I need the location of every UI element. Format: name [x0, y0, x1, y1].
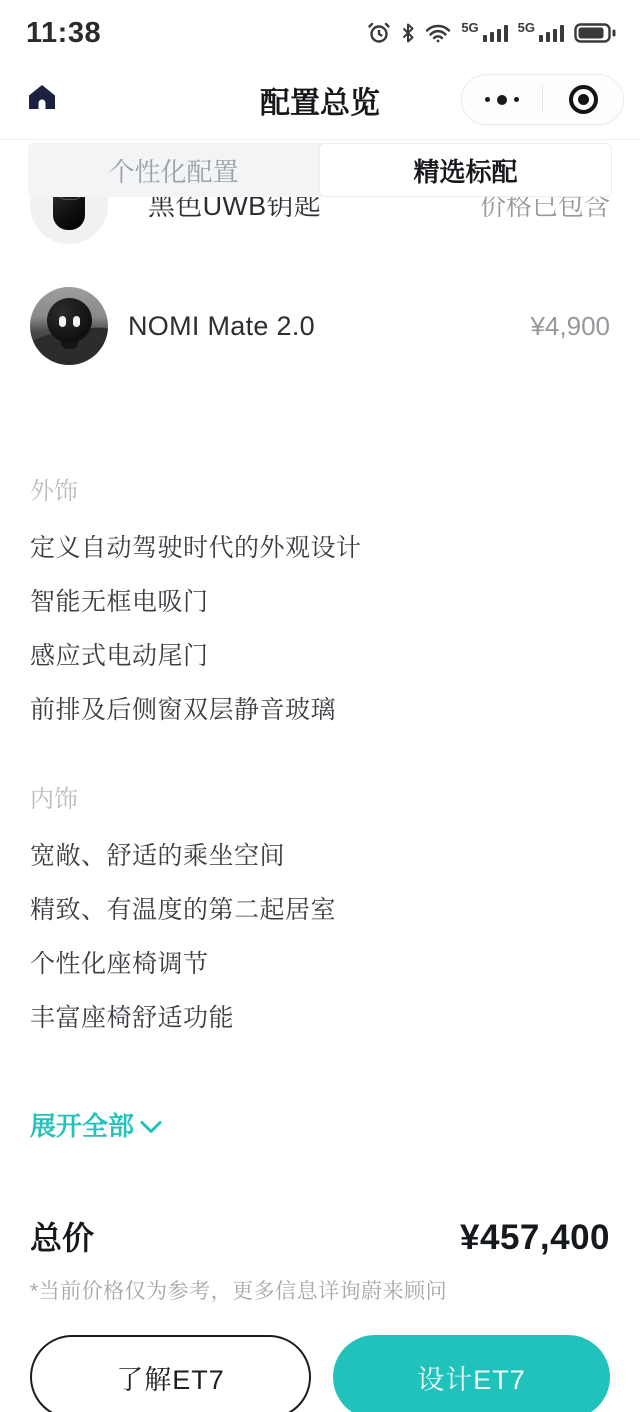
signal-5g-icon-2: 5G — [518, 25, 564, 42]
feature-item: 精致、有温度的第二起居室 — [30, 898, 610, 923]
feature-item: 丰富座椅舒适功能 — [30, 1006, 610, 1031]
option-price: 价格已包含 — [480, 197, 610, 223]
feature-item: 智能无框电吸门 — [30, 590, 610, 615]
alarm-icon — [367, 21, 391, 45]
miniprogram-capsule — [461, 74, 624, 125]
signal-5g-icon: 5G — [461, 25, 507, 42]
feature-item: 定义自动驾驶时代的外观设计 — [30, 536, 610, 561]
section-title: 外饰 — [30, 471, 610, 506]
home-icon[interactable] — [26, 81, 58, 118]
feature-item: 感应式电动尾门 — [30, 644, 610, 669]
section-interior: 内饰 宽敞、舒适的乘坐空间 精致、有温度的第二起居室 个性化座椅调节 丰富座椅舒… — [0, 779, 640, 1031]
price-disclaimer: *当前价格仅为参考，更多信息详询蔚来顾问 — [30, 1275, 610, 1305]
section-exterior: 外饰 定义自动驾驶时代的外观设计 智能无框电吸门 感应式电动尾门 前排及后侧窗双… — [0, 471, 640, 723]
config-overview-screen: 11:38 5 — [0, 0, 640, 1412]
nomi-image — [30, 287, 108, 365]
wifi-icon — [425, 23, 451, 43]
option-name: 黑色UWB钥匙 — [148, 197, 321, 223]
option-row-nomi[interactable]: NOMI Mate 2.0 ¥4,900 — [0, 287, 640, 365]
expand-all-label: 展开全部 — [30, 1106, 134, 1143]
clock-time: 11:38 — [26, 17, 101, 50]
feature-item: 前排及后侧窗双层静音玻璃 — [30, 698, 610, 723]
learn-et7-button[interactable]: 了解ET7 — [30, 1335, 311, 1412]
option-row-uwb-key[interactable]: 黑色UWB钥匙 价格已包含 — [0, 197, 640, 255]
option-name: NOMI Mate 2.0 — [128, 311, 315, 342]
capsule-close-button[interactable] — [543, 75, 623, 124]
feature-item: 个性化座椅调节 — [30, 952, 610, 977]
tab-featured-standard[interactable]: 精选标配 — [319, 143, 612, 197]
feature-item: 宽敞、舒适的乘坐空间 — [30, 844, 610, 869]
uwb-key-image — [30, 197, 108, 244]
expand-all-link[interactable]: 展开全部 — [30, 1106, 162, 1143]
more-icon — [485, 95, 519, 105]
total-price-label: 总价 — [30, 1213, 94, 1259]
total-price-value: ¥457,400 — [460, 1218, 610, 1258]
more-button[interactable] — [462, 75, 542, 124]
option-price: ¥4,900 — [530, 311, 610, 342]
chevron-down-icon — [140, 1120, 162, 1134]
bluetooth-icon — [401, 22, 415, 44]
action-buttons: 了解ET7 设计ET7 — [30, 1335, 610, 1412]
total-price-row: 总价 ¥457,400 — [30, 1213, 610, 1259]
section-title: 内饰 — [30, 779, 610, 814]
status-bar: 11:38 5 — [0, 0, 640, 60]
app-header: 配置总览 — [0, 60, 640, 140]
battery-icon — [574, 23, 616, 43]
status-icons: 5G 5G — [367, 21, 616, 45]
tab-personalized-config[interactable]: 个性化配置 — [28, 143, 319, 197]
design-et7-button[interactable]: 设计ET7 — [333, 1335, 610, 1412]
config-tabbar: 个性化配置 精选标配 — [28, 143, 612, 197]
capsule-target-icon — [569, 85, 598, 114]
